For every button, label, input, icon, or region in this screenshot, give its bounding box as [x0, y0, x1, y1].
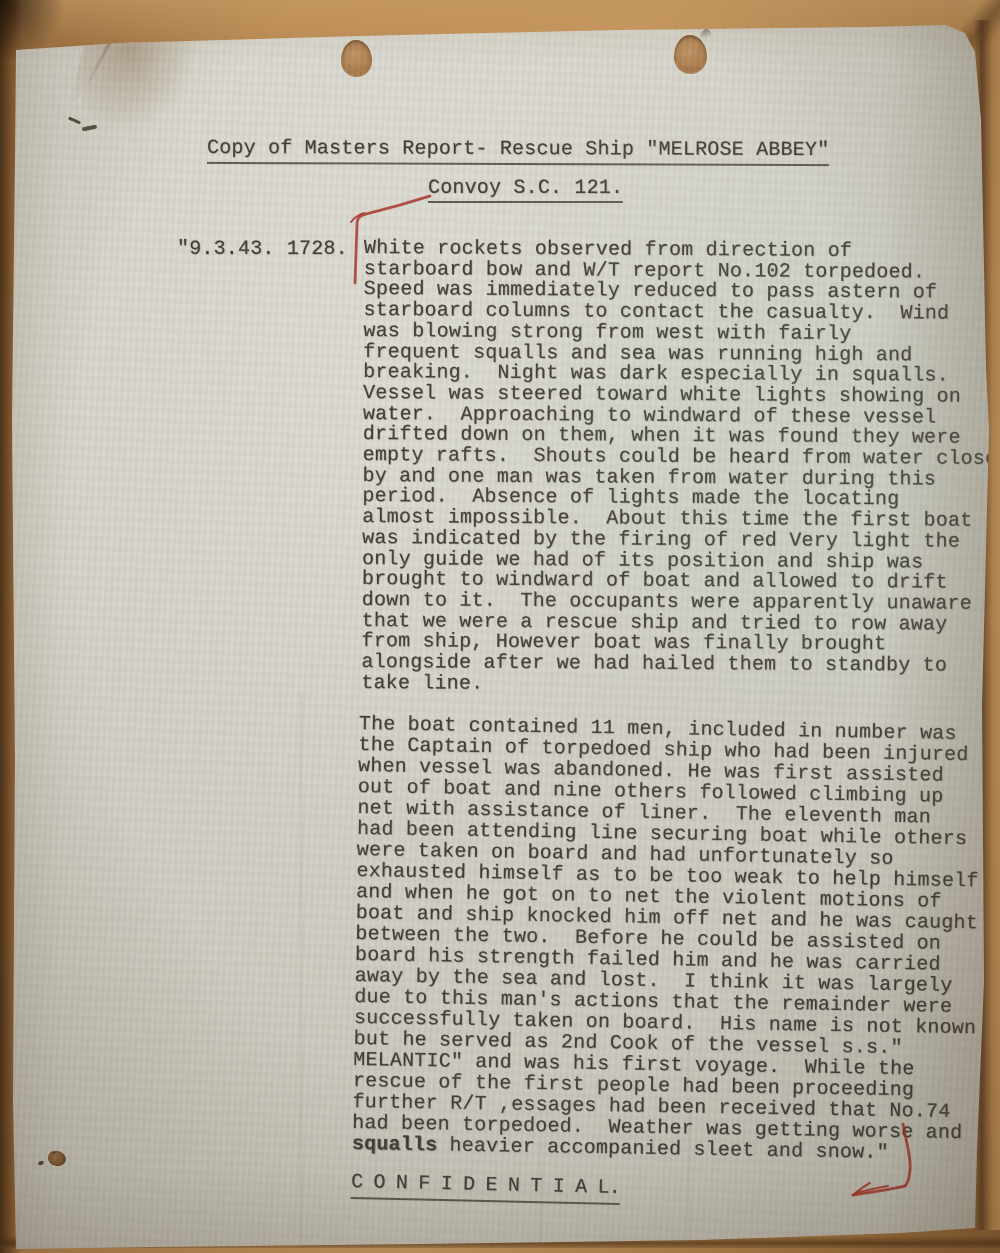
convoy-subtitle: Convoy S.C. 121.	[428, 177, 623, 203]
photo-of-document: Copy of Masters Report- Rescue Ship "MEL…	[0, 0, 1000, 1253]
document-page: Copy of Masters Report- Rescue Ship "MEL…	[0, 0, 1000, 1253]
dirt-fleck	[37, 1160, 44, 1166]
dirt-mark	[82, 124, 98, 131]
entry-datetime: "9.3.43. 1728.	[177, 239, 348, 260]
punch-hole-right	[674, 35, 707, 74]
punch-hole-left	[341, 40, 372, 77]
document-title: Copy of Masters Report- Rescue Ship "MEL…	[207, 137, 829, 166]
overstruck-word: squalls	[352, 1133, 438, 1157]
paper-crease	[300, 690, 302, 1250]
classification-footer: C O N F I D E N T I A L.	[351, 1171, 620, 1205]
report-paragraph-2: The boat contained 11 men, included in n…	[352, 714, 982, 1165]
paper-tear	[47, 1150, 67, 1168]
paragraph-2-text: The boat contained 11 men, included in n…	[352, 713, 979, 1145]
report-paragraph-1: White rockets observed from direction of…	[361, 239, 998, 698]
